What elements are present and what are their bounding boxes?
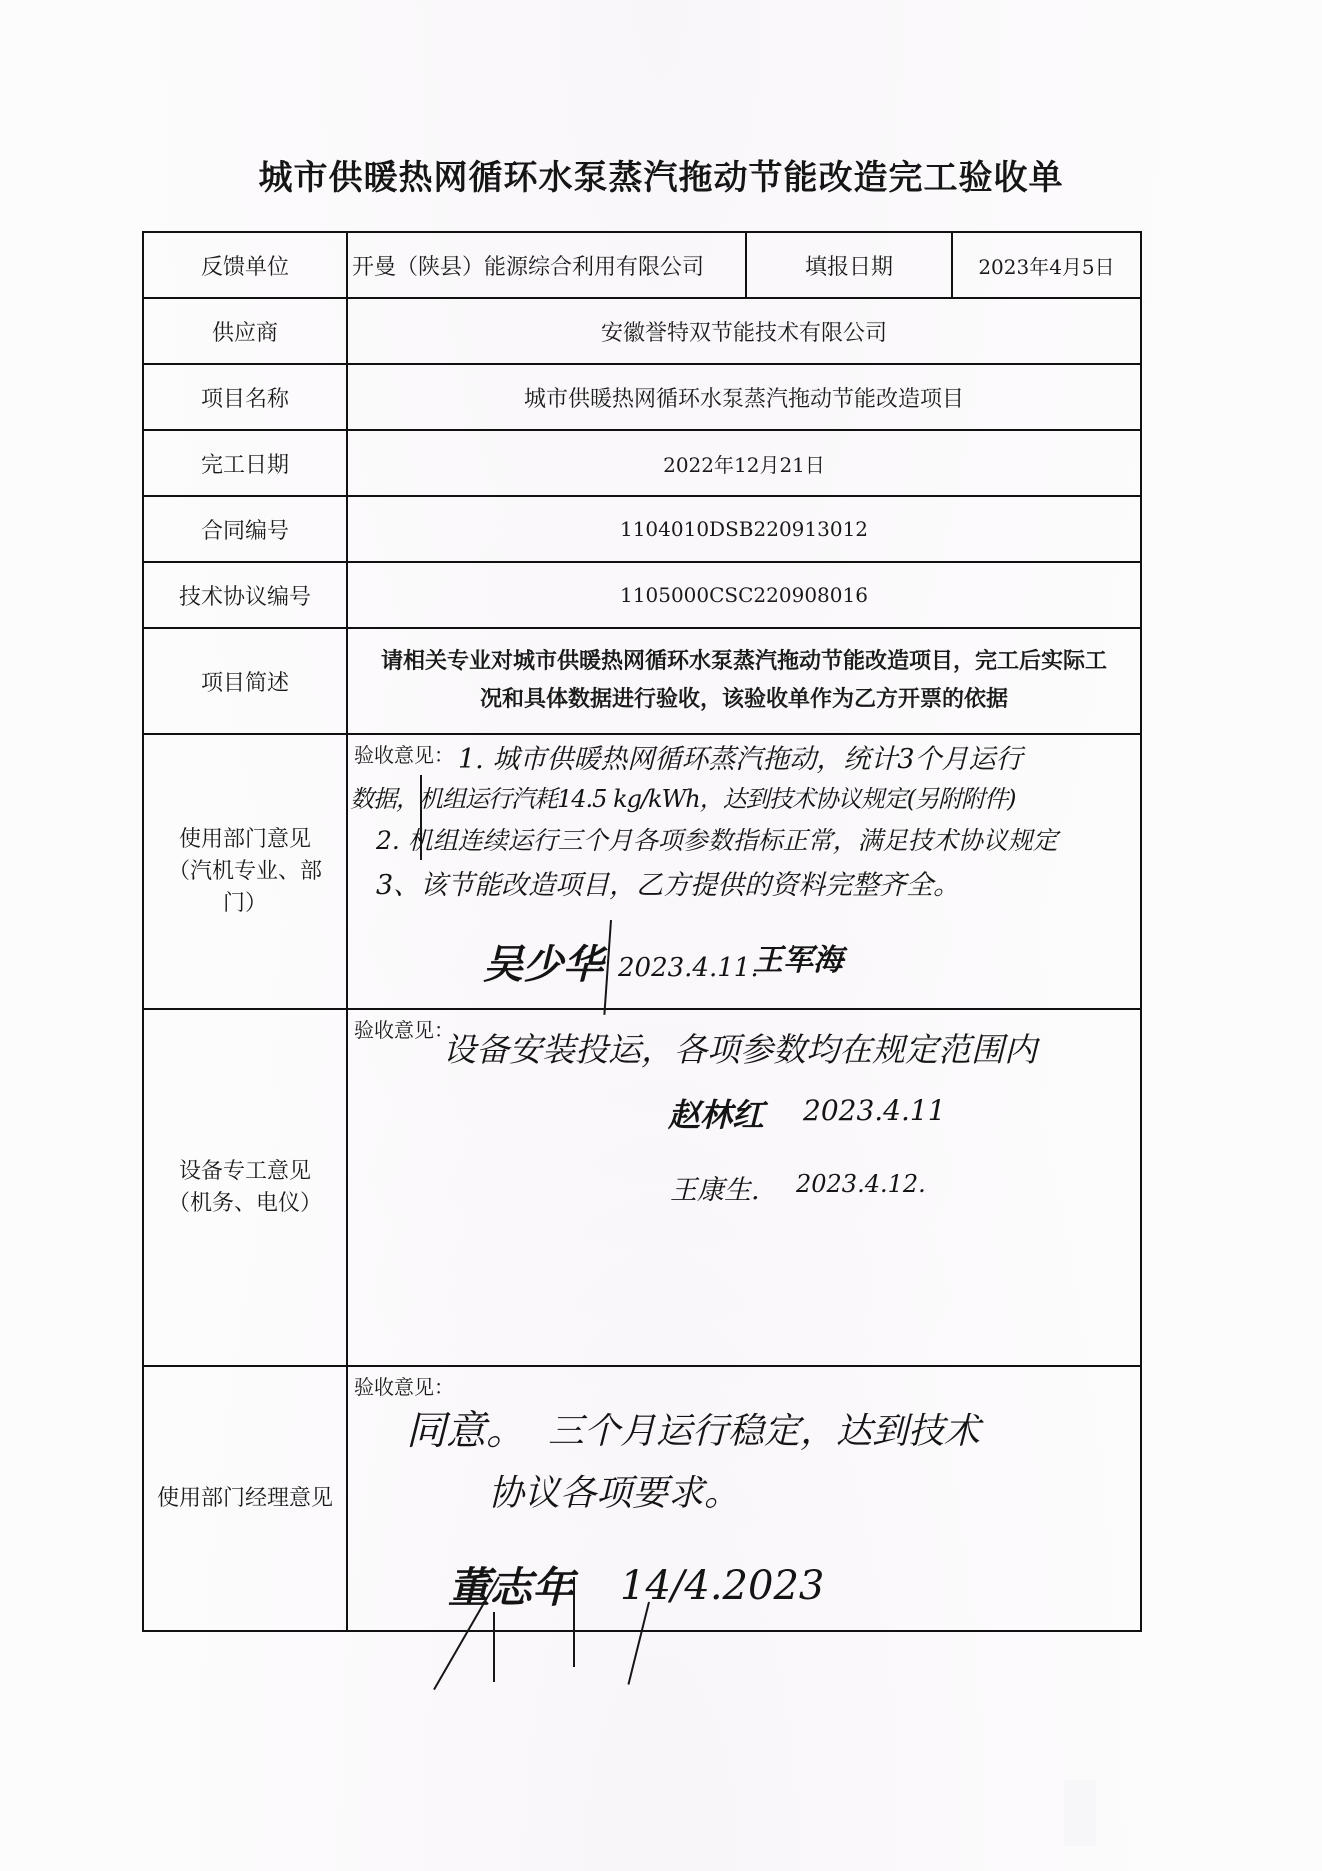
row-feedback-unit: 反馈单位 开曼（陕县）能源综合利用有限公司 填报日期 2023年4月5日	[143, 232, 1141, 298]
opinion-heading: 验收意见：	[354, 1014, 454, 1043]
acceptance-form-table: 反馈单位 开曼（陕县）能源综合利用有限公司 填报日期 2023年4月5日 供应商…	[142, 231, 1142, 1632]
value-report-date: 2023年4月5日	[952, 232, 1141, 298]
summary-line-2: 况和具体数据进行验收，该验收单作为乙方开票的依据	[348, 681, 1140, 719]
ink-stroke	[627, 1602, 650, 1685]
row-equipment-opinion: 设备专工意见 （机务、电仪） 验收意见： 设备安装投运，各项参数均在规定范围内 …	[143, 1009, 1141, 1366]
summary-line-1: 请相关专业对城市供暖热网循环水泵蒸汽拖动节能改造项目，完工后实际工	[348, 643, 1140, 681]
signature-wang: 王军海	[753, 935, 843, 979]
scan-artifact	[1064, 1780, 1096, 1846]
label-project-summary: 项目简述	[143, 628, 347, 734]
value-contract-no: 1104010DSB220913012	[347, 496, 1141, 562]
handwritten-line-1: 1. 城市供暖热网循环蒸汽拖动，统计3个月运行	[458, 737, 1023, 776]
label-tech-agreement-no: 技术协议编号	[143, 562, 347, 628]
signature-date-wu: 2023.4.11.	[618, 953, 759, 983]
label-supplier: 供应商	[143, 298, 347, 364]
opinion-heading: 验收意见：	[354, 1371, 454, 1400]
document-title: 城市供暖热网循环水泵蒸汽拖动节能改造完工验收单	[0, 150, 1322, 199]
handwritten-line-3: 2. 机组连续运行三个月各项参数指标正常，满足技术协议规定	[376, 821, 1058, 857]
handwritten-line-2: 数据，机组运行汽耗14.5 kg/kWh，达到技术协议规定(另附附件)	[350, 779, 1015, 814]
row-manager-opinion: 使用部门经理意见 验收意见： 同意。 三个月运行稳定，达到技术 协议各项要求。 …	[143, 1366, 1141, 1631]
label-completion-date: 完工日期	[143, 430, 347, 496]
label-manager-opinion: 使用部门经理意见	[143, 1366, 347, 1631]
label-equipment-opinion: 设备专工意见 （机务、电仪）	[143, 1009, 347, 1366]
ink-stroke	[573, 1577, 575, 1667]
value-supplier: 安徽誉特双节能技术有限公司	[347, 298, 1141, 364]
ink-stroke	[493, 1612, 495, 1682]
label-user-dept-opinion: 使用部门意见 （汽机专业、部 门）	[143, 734, 347, 1009]
row-project-summary: 项目简述 请相关专业对城市供暖热网循环水泵蒸汽拖动节能改造项目，完工后实际工 况…	[143, 628, 1141, 734]
signature-wang-kang: 王康生.	[670, 1168, 760, 1207]
row-user-dept-opinion: 使用部门意见 （汽机专业、部 门） 验收意见： 1. 城市供暖热网循环蒸汽拖动，…	[143, 734, 1141, 1009]
handwritten-equipment: 设备安装投运，各项参数均在规定范围内	[443, 1024, 1037, 1071]
row-supplier: 供应商 安徽誉特双节能技术有限公司	[143, 298, 1141, 364]
ink-stroke	[603, 920, 612, 1015]
signature-date-wang-kang: 2023.4.12.	[796, 1170, 926, 1198]
signature-wu: 吴少华	[483, 933, 603, 990]
label-feedback-unit: 反馈单位	[143, 232, 347, 298]
label-report-date: 填报日期	[746, 232, 952, 298]
value-tech-agreement-no: 1105000CSC220908016	[347, 562, 1141, 628]
value-completion-date: 2022年12月21日	[347, 430, 1141, 496]
signature-zhao: 赵林红	[668, 1090, 764, 1136]
user-dept-opinion-cell: 验收意见： 1. 城市供暖热网循环蒸汽拖动，统计3个月运行 数据，机组运行汽耗1…	[347, 734, 1141, 1009]
value-project-summary: 请相关专业对城市供暖热网循环水泵蒸汽拖动节能改造项目，完工后实际工 况和具体数据…	[347, 628, 1141, 734]
label-project-name: 项目名称	[143, 364, 347, 430]
handwritten-line-4: 3、该节能改造项目，乙方提供的资料完整齐全。	[376, 863, 960, 902]
signature-date-dong: 14/4.2023	[620, 1563, 824, 1609]
ink-stroke	[420, 775, 422, 860]
manager-opinion-cell: 验收意见： 同意。 三个月运行稳定，达到技术 协议各项要求。 董志年 14/4.…	[347, 1366, 1141, 1631]
value-project-name: 城市供暖热网循环水泵蒸汽拖动节能改造项目	[347, 364, 1141, 430]
label-contract-no: 合同编号	[143, 496, 347, 562]
equipment-opinion-cell: 验收意见： 设备安装投运，各项参数均在规定范围内 赵林红 2023.4.11 王…	[347, 1009, 1141, 1366]
handwritten-manager-line-3: 协议各项要求。	[488, 1465, 740, 1516]
value-feedback-unit: 开曼（陕县）能源综合利用有限公司	[347, 232, 746, 298]
signature-dong: 董志年	[448, 1555, 574, 1615]
opinion-heading: 验收意见：	[354, 739, 454, 768]
row-project-name: 项目名称 城市供暖热网循环水泵蒸汽拖动节能改造项目	[143, 364, 1141, 430]
handwritten-agree: 同意。	[406, 1399, 526, 1456]
handwritten-manager-line-2: 三个月运行稳定，达到技术	[548, 1403, 980, 1454]
row-completion-date: 完工日期 2022年12月21日	[143, 430, 1141, 496]
row-tech-agreement-no: 技术协议编号 1105000CSC220908016	[143, 562, 1141, 628]
row-contract-no: 合同编号 1104010DSB220913012	[143, 496, 1141, 562]
signature-date-zhao: 2023.4.11	[803, 1094, 946, 1127]
